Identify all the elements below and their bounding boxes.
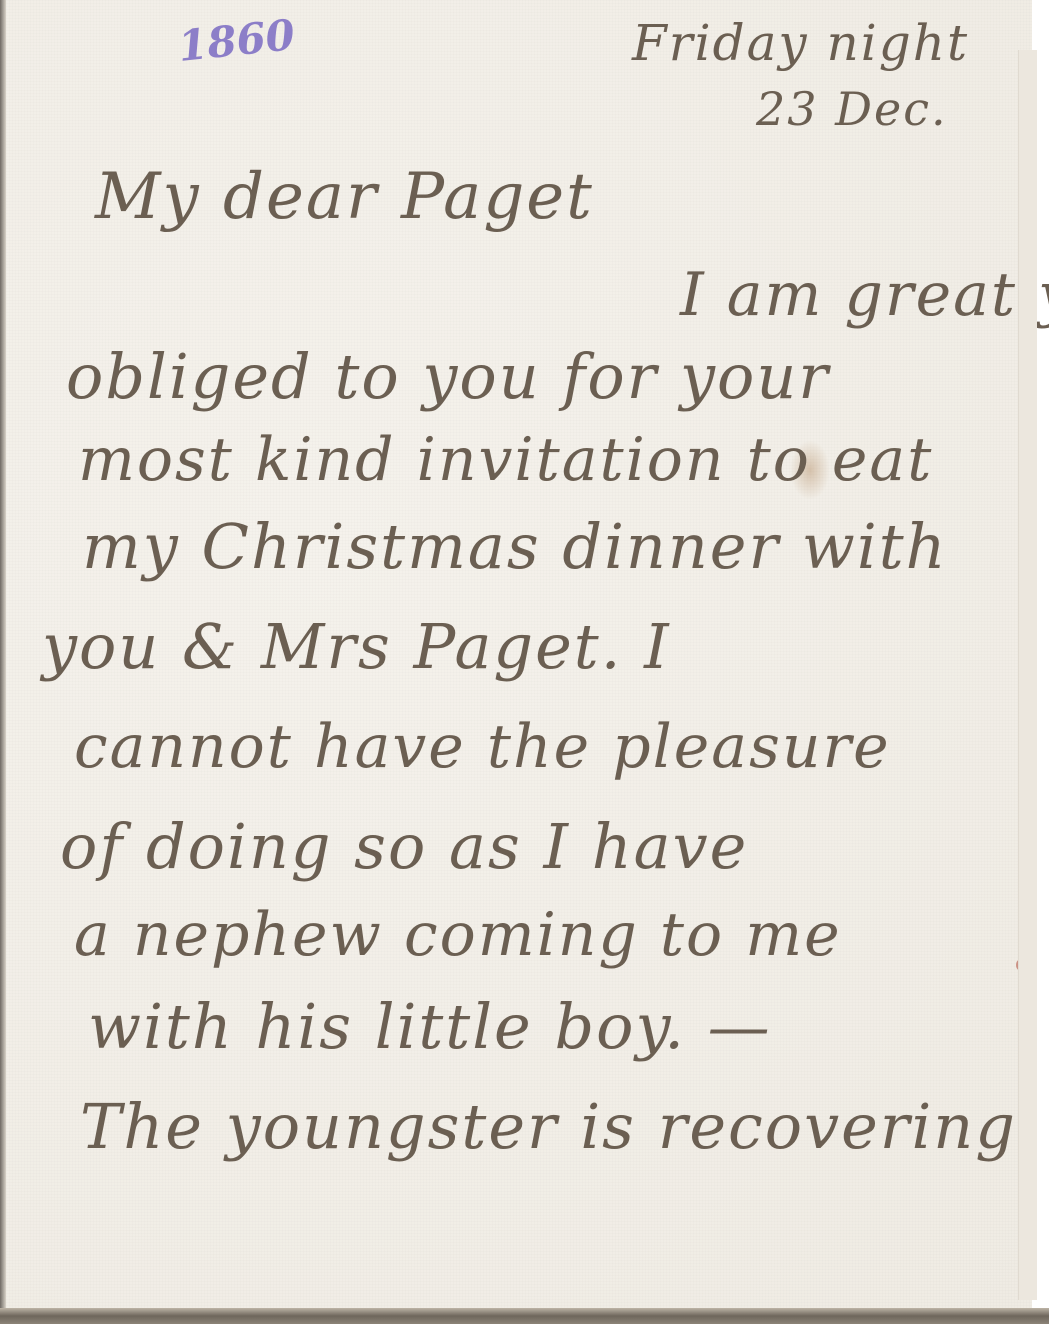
body-line-1: I am greatly [680, 260, 1049, 330]
body-line-7: of doing so as I have [60, 810, 748, 883]
archival-year-annotation: 1860 [176, 10, 297, 71]
torn-bottom-edge [0, 1308, 1049, 1324]
dateline-date: 23 Dec. [756, 82, 948, 136]
body-line-2: obliged to you for your [66, 340, 830, 413]
body-line-10: The youngster is recovering [80, 1090, 1017, 1163]
body-line-6: cannot have the pleasure [74, 712, 891, 782]
body-line-8: a nephew coming to me [74, 900, 842, 970]
folded-page-edge [1018, 50, 1037, 1300]
body-line-9: with his little boy. — [88, 990, 772, 1063]
dateline-day: Friday night [632, 14, 969, 72]
body-line-5: you & Mrs Paget. I [42, 610, 671, 683]
letter-page: 1860 Friday night 23 Dec. My dear Paget … [0, 0, 1032, 1312]
salutation: My dear Paget [95, 160, 594, 234]
scan-left-shadow [0, 0, 6, 1324]
body-line-3: most kind invitation to eat [78, 425, 933, 495]
body-line-4: my Christmas dinner with [82, 510, 948, 583]
